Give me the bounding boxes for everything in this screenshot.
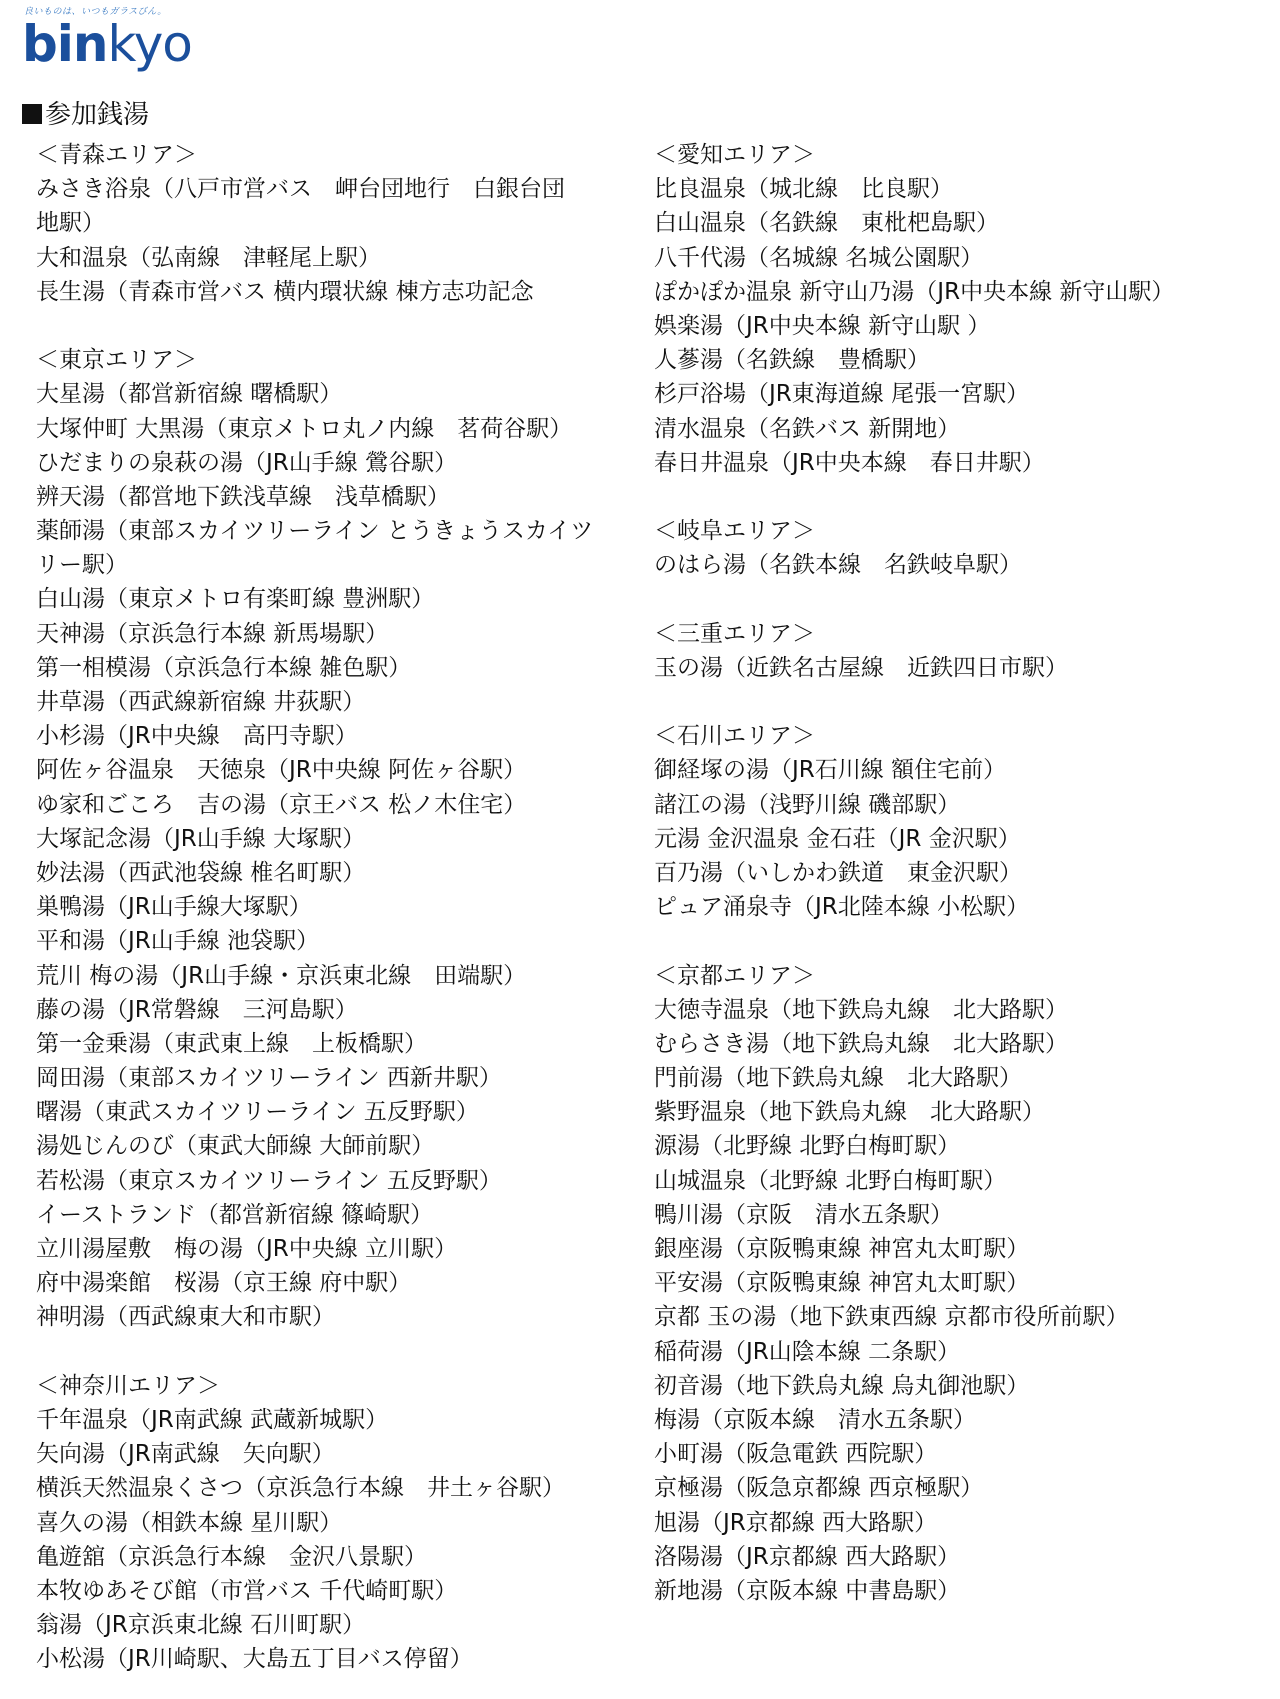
right-column: ＜愛知エリア＞ 比良温泉（城北線 比良駅） 白山温泉（名鉄線 東枇杷島駅） 八千…	[654, 138, 1274, 1608]
bathhouse-entry: 平安湯（京阪鴨東線 神宮丸太町駅）	[654, 1266, 1274, 1300]
area-heading: ＜岐阜エリア＞	[654, 514, 1274, 548]
area-ishikawa: ＜石川エリア＞ 御経塚の湯（JR石川線 額住宅前） 諸江の湯（浅野川線 磯部駅）…	[654, 719, 1274, 924]
bathhouse-entry: 銀座湯（京阪鴨東線 神宮丸太町駅）	[654, 1232, 1274, 1266]
bathhouse-entry: 御経塚の湯（JR石川線 額住宅前）	[654, 753, 1274, 787]
bathhouse-entry: 諸江の湯（浅野川線 磯部駅）	[654, 788, 1274, 822]
bathhouse-entry: 白山湯（東京メトロ有楽町線 豊洲駅）	[36, 582, 656, 616]
area-heading: ＜三重エリア＞	[654, 617, 1274, 651]
bathhouse-entry: 長生湯（青森市営バス 横内環状線 棟方志功記念	[36, 275, 656, 309]
bathhouse-entry: 神明湯（西武線東大和市駅）	[36, 1300, 656, 1334]
bathhouse-entry: 巣鴨湯（JR山手線大塚駅）	[36, 890, 656, 924]
spacer	[654, 685, 1274, 719]
bathhouse-entry: 本牧ゆあそび館（市営バス 千代崎町駅）	[36, 1574, 656, 1608]
bathhouse-entry: 山城温泉（北野線 北野白梅町駅）	[654, 1164, 1274, 1198]
spacer	[36, 309, 656, 343]
bathhouse-entry: 平和湯（JR山手線 池袋駅）	[36, 924, 656, 958]
area-heading: ＜東京エリア＞	[36, 343, 656, 377]
bathhouse-entry: ひだまりの泉萩の湯（JR山手線 鶯谷駅）	[36, 446, 656, 480]
bathhouse-entry: 岡田湯（東部スカイツリーライン 西新井駅）	[36, 1061, 656, 1095]
section-title-text: 参加銭湯	[45, 100, 149, 130]
bathhouse-entry: 小町湯（阪急電鉄 西院駅）	[654, 1437, 1274, 1471]
bathhouse-entry: 小杉湯（JR中央線 高円寺駅）	[36, 719, 656, 753]
bathhouse-entry: 初音湯（地下鉄烏丸線 烏丸御池駅）	[654, 1369, 1274, 1403]
bathhouse-entry: 比良温泉（城北線 比良駅）	[654, 172, 1274, 206]
area-heading: ＜神奈川エリア＞	[36, 1369, 656, 1403]
bathhouse-entry: 京都 玉の湯（地下鉄東西線 京都市役所前駅）	[654, 1300, 1274, 1334]
bathhouse-entry: イーストランド（都営新宿線 篠崎駅）	[36, 1198, 656, 1232]
bathhouse-entry: 立川湯屋敷 梅の湯（JR中央線 立川駅）	[36, 1232, 656, 1266]
area-gifu: ＜岐阜エリア＞ のはら湯（名鉄本線 名鉄岐阜駅）	[654, 514, 1274, 582]
bathhouse-entry: 荒川 梅の湯（JR山手線・京浜東北線 田端駅）	[36, 959, 656, 993]
bathhouse-entry: 亀遊舘（京浜急行本線 金沢八景駅）	[36, 1540, 656, 1574]
spacer	[36, 1335, 656, 1369]
spacer	[654, 924, 1274, 958]
bathhouse-entry: 藤の湯（JR常磐線 三河島駅）	[36, 993, 656, 1027]
bathhouse-entry: 百乃湯（いしかわ鉄道 東金沢駅）	[654, 856, 1274, 890]
bathhouse-entry: 翁湯（JR京浜東北線 石川町駅）	[36, 1608, 656, 1642]
bathhouse-entry: 娯楽湯（JR中央本線 新守山駅 ）	[654, 309, 1274, 343]
bathhouse-entry: むらさき湯（地下鉄烏丸線 北大路駅）	[654, 1027, 1274, 1061]
area-heading: ＜青森エリア＞	[36, 138, 656, 172]
bathhouse-entry: 大徳寺温泉（地下鉄烏丸線 北大路駅）	[654, 993, 1274, 1027]
spacer	[654, 582, 1274, 616]
bathhouse-entry: 辨天湯（都営地下鉄浅草線 浅草橋駅）	[36, 480, 656, 514]
bathhouse-entry: 旭湯（JR京都線 西大路駅）	[654, 1506, 1274, 1540]
area-kyoto: ＜京都エリア＞ 大徳寺温泉（地下鉄烏丸線 北大路駅） むらさき湯（地下鉄烏丸線 …	[654, 959, 1274, 1609]
bathhouse-entry: 妙法湯（西武池袋線 椎名町駅）	[36, 856, 656, 890]
bathhouse-entry: 若松湯（東京スカイツリーライン 五反野駅）	[36, 1164, 656, 1198]
bathhouse-entry-cont: リー駅）	[36, 548, 656, 582]
bathhouse-entry-cont: 地駅）	[36, 206, 656, 240]
bathhouse-entry: 大星湯（都営新宿線 曙橋駅）	[36, 377, 656, 411]
bathhouse-entry: 梅湯（京阪本線 清水五条駅）	[654, 1403, 1274, 1437]
bathhouse-entry: 第一金乗湯（東武東上線 上板橋駅）	[36, 1027, 656, 1061]
area-tokyo: ＜東京エリア＞ 大星湯（都営新宿線 曙橋駅） 大塚仲町 大黒湯（東京メトロ丸ノ内…	[36, 343, 656, 1334]
bathhouse-entry: 玉の湯（近鉄名古屋線 近鉄四日市駅）	[654, 651, 1274, 685]
spacer	[654, 480, 1274, 514]
bathhouse-entry: 小松湯（JR川崎駅、大島五丁目バス停留）	[36, 1642, 656, 1676]
bathhouse-entry: 喜久の湯（相鉄本線 星川駅）	[36, 1506, 656, 1540]
left-column: ＜青森エリア＞ みさき浴泉（八戸市営バス 岬台団地行 白銀台団 地駅） 大和温泉…	[36, 138, 656, 1676]
bathhouse-entry: ゆ家和ごころ 吉の湯（京王バス 松ノ木住宅）	[36, 788, 656, 822]
logo-wordmark: binkyo	[22, 16, 192, 72]
bathhouse-entry: 稲荷湯（JR山陰本線 二条駅）	[654, 1335, 1274, 1369]
section-title: 参加銭湯	[22, 98, 149, 132]
bathhouse-entry: 八千代湯（名城線 名城公園駅）	[654, 241, 1274, 275]
binkyo-logo: 良いものは、いつもガラスびん。 binkyo	[22, 4, 202, 76]
bathhouse-entry: 矢向湯（JR南武線 矢向駅）	[36, 1437, 656, 1471]
bathhouse-entry: 洛陽湯（JR京都線 西大路駅）	[654, 1540, 1274, 1574]
bathhouse-entry: 大塚記念湯（JR山手線 大塚駅）	[36, 822, 656, 856]
bathhouse-entry: 春日井温泉（JR中央本線 春日井駅）	[654, 446, 1274, 480]
bathhouse-entry: ピュア涌泉寺（JR北陸本線 小松駅）	[654, 890, 1274, 924]
bathhouse-entry: 阿佐ヶ谷温泉 天徳泉（JR中央線 阿佐ヶ谷駅）	[36, 753, 656, 787]
bathhouse-entry: 清水温泉（名鉄バス 新開地）	[654, 412, 1274, 446]
bathhouse-entry: 府中湯楽館 桜湯（京王線 府中駅）	[36, 1266, 656, 1300]
bathhouse-entry: 天神湯（京浜急行本線 新馬場駅）	[36, 617, 656, 651]
bathhouse-entry: 大塚仲町 大黒湯（東京メトロ丸ノ内線 茗荷谷駅）	[36, 412, 656, 446]
bathhouse-entry: 千年温泉（JR南武線 武蔵新城駅）	[36, 1403, 656, 1437]
bathhouse-entry: 紫野温泉（地下鉄烏丸線 北大路駅）	[654, 1095, 1274, 1129]
bathhouse-entry: みさき浴泉（八戸市営バス 岬台団地行 白銀台団	[36, 172, 656, 206]
logo-bin: bin	[22, 15, 108, 73]
bathhouse-entry: 井草湯（西武線新宿線 井荻駅）	[36, 685, 656, 719]
bathhouse-entry: のはら湯（名鉄本線 名鉄岐阜駅）	[654, 548, 1274, 582]
area-heading: ＜愛知エリア＞	[654, 138, 1274, 172]
bathhouse-entry: 白山温泉（名鉄線 東枇杷島駅）	[654, 206, 1274, 240]
area-aichi: ＜愛知エリア＞ 比良温泉（城北線 比良駅） 白山温泉（名鉄線 東枇杷島駅） 八千…	[654, 138, 1274, 480]
area-mie: ＜三重エリア＞ 玉の湯（近鉄名古屋線 近鉄四日市駅）	[654, 617, 1274, 685]
bathhouse-entry: 京極湯（阪急京都線 西京極駅）	[654, 1471, 1274, 1505]
bathhouse-entry: ぽかぽか温泉 新守山乃湯（JR中央本線 新守山駅）	[654, 275, 1274, 309]
bathhouse-entry: 湯処じんのび（東武大師線 大師前駅）	[36, 1129, 656, 1163]
bathhouse-entry: 横浜天然温泉くさつ（京浜急行本線 井土ヶ谷駅）	[36, 1471, 656, 1505]
bathhouse-entry: 曙湯（東武スカイツリーライン 五反野駅）	[36, 1095, 656, 1129]
bathhouse-entry: 人蔘湯（名鉄線 豊橋駅）	[654, 343, 1274, 377]
bathhouse-entry: 薬師湯（東部スカイツリーライン とうきょうスカイツ	[36, 514, 656, 548]
area-heading: ＜石川エリア＞	[654, 719, 1274, 753]
area-heading: ＜京都エリア＞	[654, 959, 1274, 993]
area-kanagawa: ＜神奈川エリア＞ 千年温泉（JR南武線 武蔵新城駅） 矢向湯（JR南武線 矢向駅…	[36, 1369, 656, 1677]
bathhouse-entry: 元湯 金沢温泉 金石荘（JR 金沢駅）	[654, 822, 1274, 856]
bathhouse-entry: 鴨川湯（京阪 清水五条駅）	[654, 1198, 1274, 1232]
bathhouse-entry: 源湯（北野線 北野白梅町駅）	[654, 1129, 1274, 1163]
black-square-icon	[22, 104, 42, 124]
bathhouse-entry: 杉戸浴場（JR東海道線 尾張一宮駅）	[654, 377, 1274, 411]
logo-kyo: kyo	[108, 15, 192, 73]
bathhouse-entry: 新地湯（京阪本線 中書島駅）	[654, 1574, 1274, 1608]
bathhouse-entry: 門前湯（地下鉄烏丸線 北大路駅）	[654, 1061, 1274, 1095]
area-aomori: ＜青森エリア＞ みさき浴泉（八戸市営バス 岬台団地行 白銀台団 地駅） 大和温泉…	[36, 138, 656, 309]
bathhouse-entry: 大和温泉（弘南線 津軽尾上駅）	[36, 241, 656, 275]
bathhouse-entry: 第一相模湯（京浜急行本線 雑色駅）	[36, 651, 656, 685]
